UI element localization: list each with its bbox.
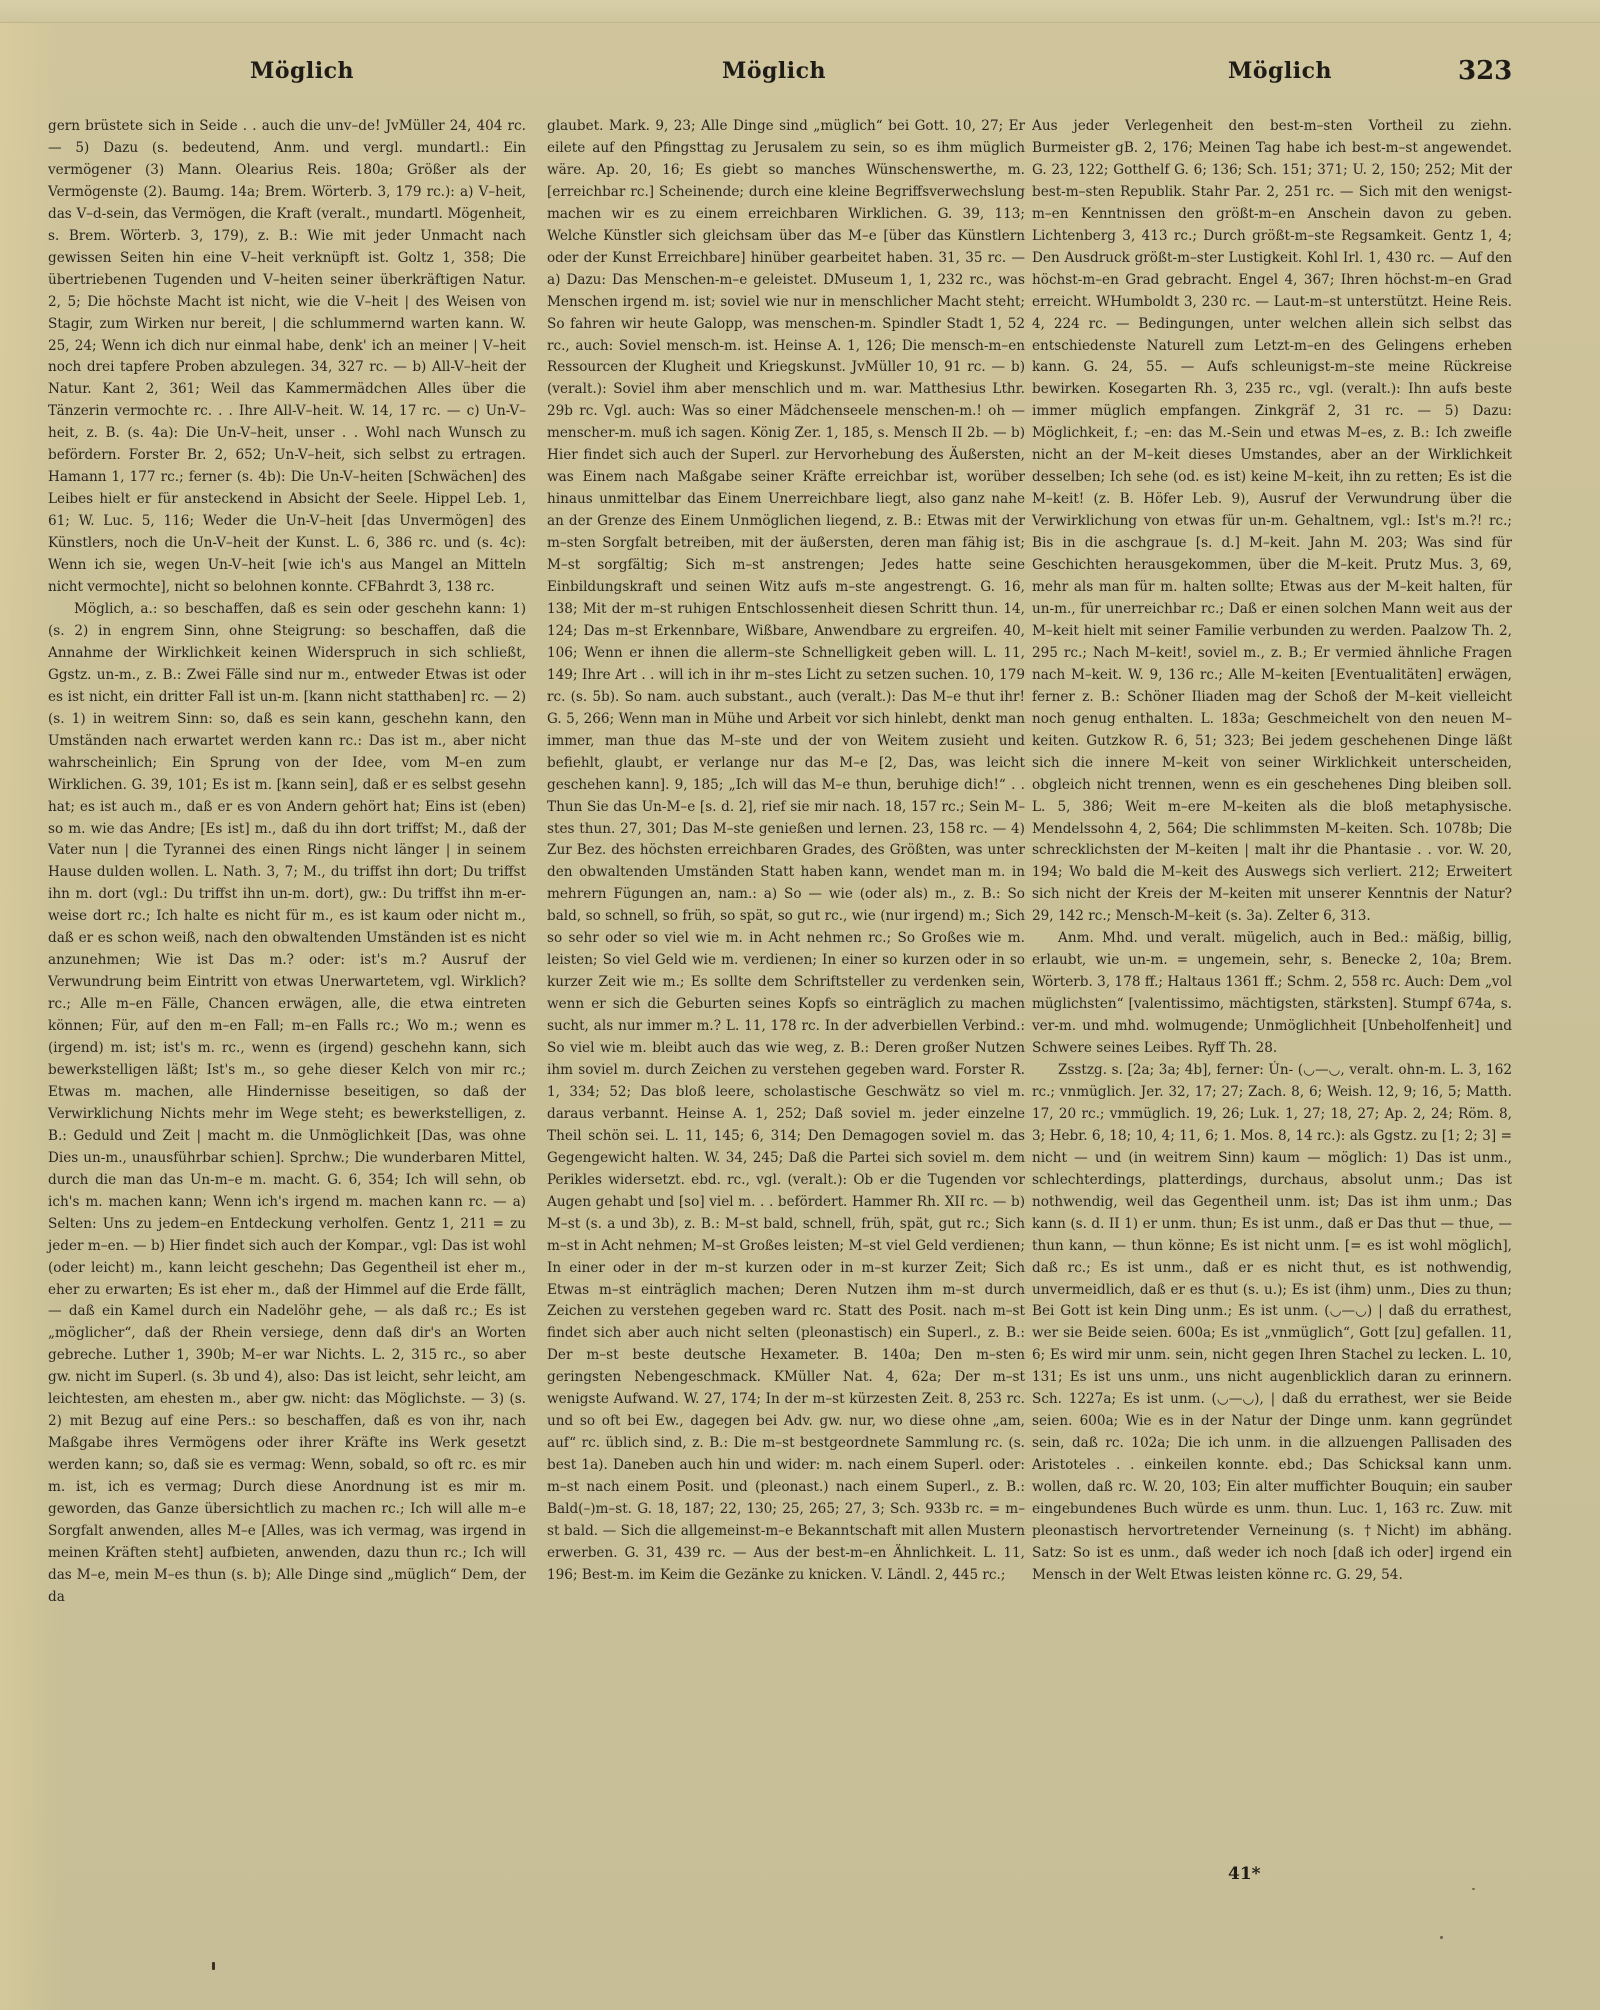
text-column-3: Aus jeder Verlegenheit den best-m–sten V…	[1032, 116, 1512, 1587]
headword-entry-moeglich: Möglich, a.: so beschaffen, daß es sein …	[48, 599, 526, 1609]
running-head-center: Möglich	[722, 58, 826, 84]
signature-mark: 41*	[1228, 1864, 1261, 1884]
paper-speck	[1440, 1936, 1443, 1939]
scanned-dictionary-page: Möglich Möglich Möglich 323 gern brüstet…	[0, 0, 1600, 2010]
column-2-paragraph-1: glaubet. Mark. 9, 23; Alle Dinge sind „m…	[547, 116, 1025, 1587]
running-head: Möglich Möglich Möglich	[0, 58, 1600, 98]
paper-speck	[1472, 1888, 1475, 1890]
text-column-1: gern brüstete sich in Seide . . auch die…	[48, 116, 526, 1609]
running-head-right: Möglich	[1228, 58, 1332, 84]
column-1-paragraph-1: gern brüstete sich in Seide . . auch die…	[48, 116, 526, 599]
column-3-paragraph-1: Aus jeder Verlegenheit den best-m–sten V…	[1032, 116, 1512, 928]
page-number: 323	[1458, 56, 1512, 86]
paper-speck	[212, 1962, 215, 1970]
top-edge-fold	[0, 0, 1600, 23]
text-column-2: glaubet. Mark. 9, 23; Alle Dinge sind „m…	[547, 116, 1025, 1587]
compounds-zsstzg: Zsstzg. s. [2a; 3a; 4b], ferner: Ún- (◡—…	[1032, 1060, 1512, 1587]
annotation-anm: Anm. Mhd. und veralt. mügelich, auch in …	[1032, 928, 1512, 1060]
running-head-left: Möglich	[250, 58, 354, 84]
